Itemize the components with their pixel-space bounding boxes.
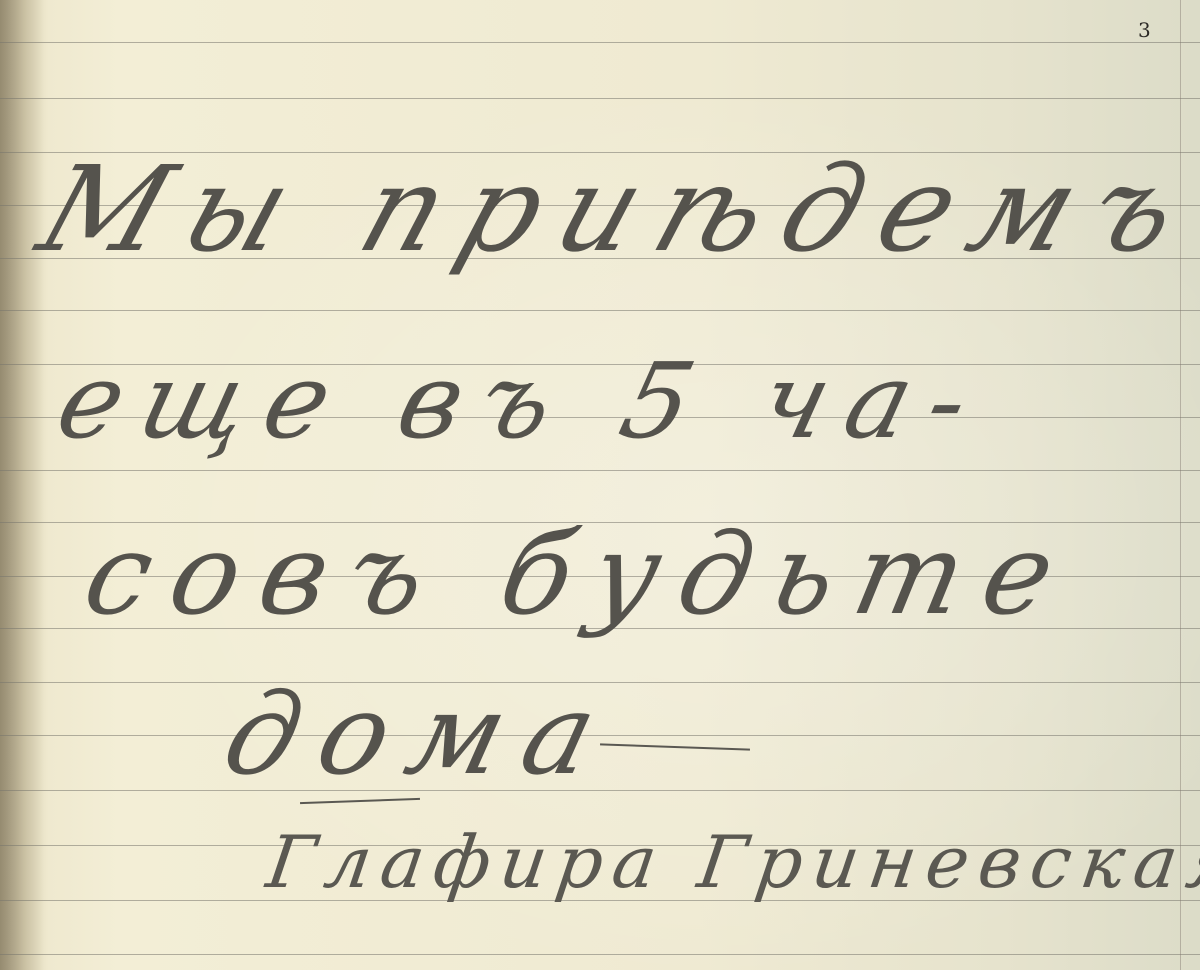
handwritten-line-1: Мы приѣдемъ: [24, 140, 1200, 278]
handwritten-line-3: совъ будьте: [74, 510, 1087, 640]
ruled-line: [0, 98, 1200, 99]
underline-stroke: [600, 743, 750, 750]
notebook-binding-edge: [0, 0, 44, 970]
notebook-page: 3 Мы приѣдемъ еще въ 5 ча- совъ будьте д…: [0, 0, 1200, 970]
signature: Глафира Гриневская: [262, 820, 1200, 904]
handwritten-line-2: еще въ 5 ча-: [46, 340, 1001, 462]
ruled-line: [0, 954, 1200, 955]
ruled-line: [0, 42, 1200, 43]
page-number: 3: [1138, 18, 1151, 42]
ruled-line: [0, 470, 1200, 471]
handwritten-line-4: дома: [212, 670, 630, 800]
ruled-line: [0, 310, 1200, 311]
